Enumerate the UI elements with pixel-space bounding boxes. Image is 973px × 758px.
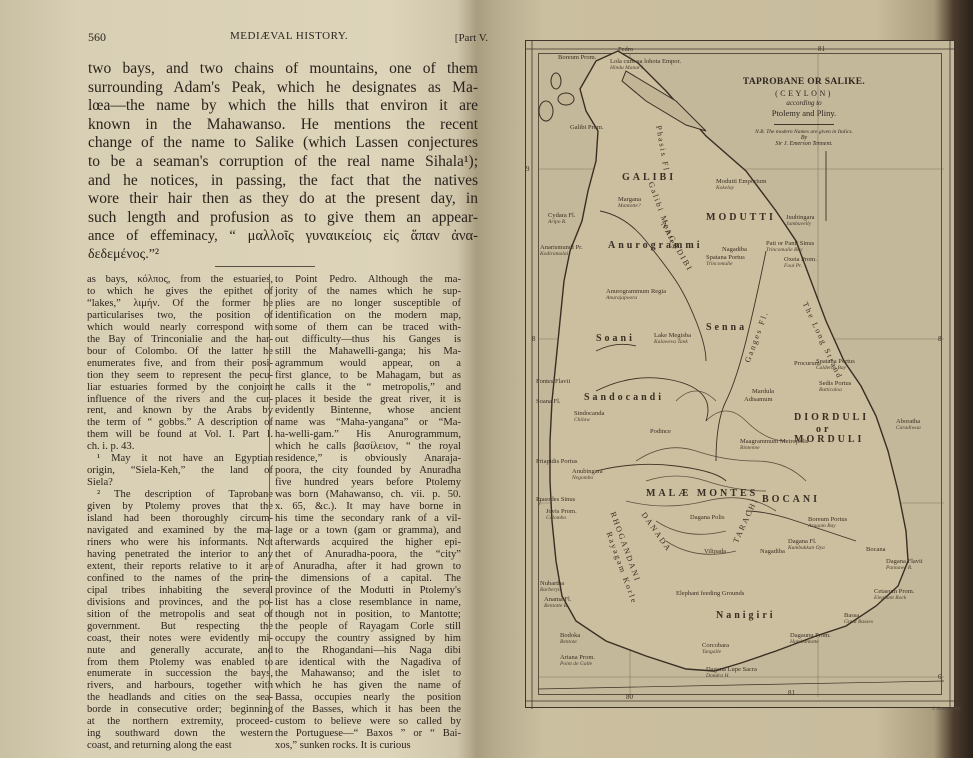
footnote-line: tion they seem to represent the pecu- xyxy=(87,370,273,382)
place-ancient-name: Oxeia Prom. xyxy=(784,256,817,263)
place-ancient-name: Sindocanda xyxy=(574,410,604,417)
footnote-line: liar estuaries formed by the conjoint xyxy=(87,382,273,394)
place-ancient-name: Anubingara xyxy=(572,468,603,475)
map-place-label: AborathaCaradiwaa xyxy=(896,419,921,431)
map-place-label: Nagadiba xyxy=(760,549,785,556)
body-line: known in the Mahawanso. He mentions the … xyxy=(88,116,478,135)
map-place-label: MarganaMantotte? xyxy=(618,197,641,209)
footnote-line: the dimensions of a capital. The xyxy=(275,573,461,585)
footnote-line: out difficulty—thus his Ganges is xyxy=(275,334,461,346)
map-place-label: Anurogrammum RegiaAnurajapoora xyxy=(606,289,666,301)
footnote-line: the term of “ gobbs.” A description of xyxy=(87,417,273,429)
footnote-line: the people of Rayagam Corle still xyxy=(275,621,461,633)
footnote-line: which would nearly correspond with xyxy=(87,322,273,334)
place-ancient-name: Aboratha xyxy=(896,418,920,425)
footnote-line: to which he gives the epithet of xyxy=(87,286,273,298)
map-author: Sir J. Emerson Tennent. xyxy=(734,141,874,147)
part-label: [Part V. xyxy=(455,32,488,44)
footnote-line: having penetrated the interior to any xyxy=(87,549,273,561)
map-place-label: Adisamum xyxy=(744,397,773,404)
footnote-line: origin, “Siela-Keh,” the land of xyxy=(87,465,273,477)
place-modern-name: Elephant Rock xyxy=(874,596,914,602)
map-region-label: Anurogrammi xyxy=(608,241,702,251)
place-modern-name: Caradiwaa xyxy=(896,426,921,432)
running-head: 560 MEDIÆVAL HISTORY. [Part V. xyxy=(88,30,488,50)
map-place-label: Mardula xyxy=(752,389,774,396)
place-ancient-name: Nubartha xyxy=(540,580,564,587)
footnote-line: province of the Modutti in Ptolemy's xyxy=(275,585,461,597)
map-place-label: Dagana Polis xyxy=(690,515,724,522)
map-place-label: Boreum PortusArugam Bay xyxy=(808,517,847,529)
footnote-line: x. 65, &c.). It may have borne in xyxy=(275,501,461,513)
main-body-text: two bays, and two chains of mountains, o… xyxy=(88,60,478,265)
footnote-line: to Point Pedro. Although the ma- xyxy=(275,274,461,286)
footnote-line: confined to the names of the prin- xyxy=(87,573,273,585)
footnote-line: some of them can be traced with- xyxy=(275,322,461,334)
map-sources: Ptolemy and Pliny. xyxy=(734,108,874,118)
place-modern-name: Colombo xyxy=(546,516,577,522)
map-place-label: Lola cum ua lohota Empor.Hindu Manar? xyxy=(610,59,681,71)
place-ancient-name: Vilipada xyxy=(704,548,726,555)
footnote-line: nute and generally accurate, and xyxy=(87,645,273,657)
place-ancient-name: Galibi Prom. xyxy=(570,124,604,131)
footnote-line: particularises two, the position of xyxy=(87,310,273,322)
place-modern-name: Hambantotte xyxy=(790,640,831,646)
body-line: δεδεμένος.”² xyxy=(88,246,478,265)
footnote-line: “lakes,” λιμήν. Of the former he xyxy=(87,298,273,310)
footnote-line: to the Rhogandani—his Naga dibi xyxy=(275,645,461,657)
map-subtitle: (CEYLON) xyxy=(734,89,874,98)
footnote-line: given by Ptolemy proves that the xyxy=(87,501,273,513)
footnote-line: sition of the metropolis and seat of xyxy=(87,609,273,621)
map-place-label: Cetaeum Prom.Elephant Rock xyxy=(874,589,914,601)
footnote-line: divisions and provinces, and the po- xyxy=(87,597,273,609)
map-region-label: Nanigiri xyxy=(716,611,776,621)
map-place-label: Boreum Prom. xyxy=(558,55,596,62)
place-ancient-name: Jovis Prom. xyxy=(546,508,577,515)
footnote-line: which he calls βασίλειον, “ the royal xyxy=(275,441,461,453)
place-ancient-name: Anurogrammum Regia xyxy=(606,288,666,295)
footnote-line: lage or a town (gam or gramma), and xyxy=(275,525,461,537)
footnote-line: first glance, to be Mahagam, but as xyxy=(275,370,461,382)
place-modern-name: Pannawe R. xyxy=(886,566,923,572)
place-ancient-name: Dagana Lupe Sacra xyxy=(706,666,757,673)
body-line: lœa—the name by which the hills that env… xyxy=(88,97,478,116)
place-ancient-name: Dagana Fl. xyxy=(788,538,817,545)
place-modern-name: Kokelay xyxy=(716,186,766,192)
map-place-label: Fontes Flavii xyxy=(536,379,570,386)
map-region-label: BOCANI xyxy=(762,495,820,505)
place-modern-name: Barberyn xyxy=(540,588,564,594)
cartouche-rule xyxy=(774,124,834,125)
place-ancient-name: Dagana Polis xyxy=(690,514,724,521)
footnote-line: at the northern extremity, proceed- xyxy=(87,716,273,728)
place-modern-name: Chilaw xyxy=(574,418,604,424)
map-place-label: Podince xyxy=(650,429,671,436)
place-ancient-name: Cydara Fl. xyxy=(548,212,575,219)
footnote-line: rent, and known by the Arabs by xyxy=(87,405,273,417)
footnote-line: extent, their reports relative to it are xyxy=(87,561,273,573)
place-ancient-name: Maagrammum Metropolis xyxy=(740,438,808,445)
place-ancient-name: Corcobara xyxy=(702,642,729,649)
footnote-rule xyxy=(215,266,315,267)
footnote-line: which he has given the name of xyxy=(275,680,461,692)
map-place-label: Dagana FlaviiPannawe R. xyxy=(886,559,923,571)
book-spread: 560 MEDIÆVAL HISTORY. [Part V. two bays,… xyxy=(0,0,973,758)
footnote-line: places it beside the great river, it is xyxy=(275,394,461,406)
map-place-label: BodokaBentote xyxy=(560,633,580,645)
footnote-line: ing southward down the western xyxy=(87,728,273,740)
map-place-label: Anama Fl.Bentotte R. xyxy=(544,597,571,609)
place-ancient-name: Anarismundi Pr. xyxy=(540,244,583,251)
footnote-line: residence,” is obviously Anaraja- xyxy=(275,453,461,465)
body-line: ance of effeminacy, “ μαλλοῖς γυναικείοι… xyxy=(88,227,478,246)
body-line: wore their hair then as they do at the p… xyxy=(88,190,478,209)
footnote-line: rivers, and harbours, together with xyxy=(87,680,273,692)
map-place-label: JuubingaraJambuvelly xyxy=(786,215,815,227)
footnote-line: thet of Anuradha-poora, the “city” xyxy=(275,549,461,561)
place-ancient-name: Prasodes Sinus xyxy=(536,496,575,503)
footnote-line: name was “Maha-yangana” or “Ma- xyxy=(275,417,461,429)
left-page: 560 MEDIÆVAL HISTORY. [Part V. two bays,… xyxy=(40,20,480,750)
footnote-line: coast, and returning along the east xyxy=(87,740,273,752)
footnote-line: Siela? xyxy=(87,477,273,489)
place-ancient-name: Spatana Portus xyxy=(706,254,745,261)
footnote-line: borde in consecutive order; beginning xyxy=(87,704,273,716)
place-ancient-name: Dagaunu Prom. xyxy=(790,632,831,639)
footnote-line: enumerate in succession the bays, xyxy=(87,668,273,680)
running-title: MEDIÆVAL HISTORY. xyxy=(230,30,348,42)
place-modern-name: Bintenne xyxy=(740,446,808,452)
map-place-label: CorcobaraTangalle xyxy=(702,643,729,655)
place-modern-name: Anurajapoora xyxy=(606,296,666,302)
footnote-line: government. But respecting the xyxy=(87,621,273,633)
place-ancient-name: Boreum Prom. xyxy=(558,54,596,61)
column-divider xyxy=(269,274,270,714)
map-region-label: Soani xyxy=(596,334,635,344)
latitude-label: 8 xyxy=(938,335,942,343)
latitude-label: 8 xyxy=(532,335,536,343)
place-modern-name: Arugam Bay xyxy=(808,524,847,530)
place-ancient-name: Nagadiba xyxy=(722,246,747,253)
footnote-line: ¹ May it not have an Egyptian xyxy=(87,453,273,465)
map-place-label: Vilipada xyxy=(704,549,726,556)
place-ancient-name: Podince xyxy=(650,428,671,435)
map-place-label: Ariana Prom.Point de Galle xyxy=(560,655,595,667)
map-region-label: DIORDULI xyxy=(794,413,869,423)
place-modern-name: Kodiramalai xyxy=(540,252,583,258)
footnote-line: ha-welli-gam.” His Anurogrammum, xyxy=(275,429,461,441)
footnote-line: ² The description of Taprobane xyxy=(87,489,273,501)
place-modern-name: Negombo xyxy=(572,476,603,482)
footnote-line: was born (Mahawanso, ch. vii. p. 50. xyxy=(275,489,461,501)
body-line: to be a seaman's corruption of the real … xyxy=(88,153,478,172)
map-place-label: Elephant feeding Grounds xyxy=(676,591,744,598)
place-ancient-name: Boreum Portus xyxy=(808,516,847,523)
place-modern-name: Kumbukkan Oya xyxy=(788,546,825,552)
footnote-line: them will be found at Vol. I. Part I. xyxy=(87,429,273,441)
body-line: such length and profusion as to give the… xyxy=(88,209,478,228)
footnote-column-left: as bays, κόλπος, from the estuaries,to w… xyxy=(87,274,273,752)
footnote-line: riners who were his informants. Not xyxy=(87,537,273,549)
footnote-line: the Mahawanso; and the islet to xyxy=(275,668,461,680)
place-ancient-name: Juubingara xyxy=(786,214,815,221)
footnote-line: navigated and examined by the ma- xyxy=(87,525,273,537)
map-place-label: Spatana PortusTrincomalie xyxy=(706,255,745,267)
place-ancient-name: Lola cum ua lohota Empor. xyxy=(610,58,681,65)
body-line: and he notices, in passing, the fact tha… xyxy=(88,172,478,191)
page-number: 560 xyxy=(88,30,106,45)
place-modern-name: Great Basses xyxy=(844,620,873,626)
map-place-label: Modutti EmporiumKokelay xyxy=(716,179,766,191)
footnote-line: afterwards acquired the higher epi- xyxy=(275,537,461,549)
map-place-label: Maagrammum MetropolisBintenne xyxy=(740,439,808,451)
footnote-line: influence of the rivers and the cur- xyxy=(87,394,273,406)
footnote-line: the headlands and cities on the sea- xyxy=(87,692,273,704)
place-ancient-name: Ariana Prom. xyxy=(560,654,595,661)
map-place-label: Dagana Lupe SacraDondra H. xyxy=(706,667,757,679)
footnote-line: his time the secondary rank of a vil- xyxy=(275,513,461,525)
footnote-line: ch. i. p. 43. xyxy=(87,441,273,453)
footnote-line: cipal tribes inhabiting the several xyxy=(87,585,273,597)
footnote-line: he calls it the “ metropolis,” and xyxy=(275,382,461,394)
place-ancient-name: Anama Fl. xyxy=(544,596,571,603)
place-ancient-name: Pati or Panti Sinus xyxy=(766,240,814,247)
map-place-label: Prasodes Sinus xyxy=(536,497,575,504)
latitude-label: 6 xyxy=(938,673,942,681)
map-place-label: Nagadiba xyxy=(722,247,747,254)
place-ancient-name: Elephant feeding Grounds xyxy=(676,590,744,597)
footnote-line: of Anuradha, after it had grown to xyxy=(275,561,461,573)
place-modern-name: Hindu Manar? xyxy=(610,66,681,72)
place-modern-name: Trincomalie xyxy=(706,262,745,268)
map-taprobane: TAPROBANE OR SALIKE. (CEYLON) according … xyxy=(525,40,955,708)
body-line: two bays, and two chains of mountains, o… xyxy=(88,60,478,79)
place-modern-name: Tangalle xyxy=(702,650,729,656)
place-ancient-name: Bocana xyxy=(866,546,886,553)
place-modern-name: Jambuvelly xyxy=(786,222,815,228)
map-place-label: Pati or Panti SinusTrincomalie Bay xyxy=(766,241,814,253)
latitude-label: 9 xyxy=(526,165,530,173)
map-place-label: Cydara Fl.Aripo R. xyxy=(548,213,575,225)
footnote-line: though not in position, to Mantotte; xyxy=(275,609,461,621)
place-modern-name: Foul Pt. xyxy=(784,264,817,270)
map-place-label: BassaGreat Basses xyxy=(844,613,873,625)
footnote-line: plies are no longer susceptible of xyxy=(275,298,461,310)
map-title-cartouche: TAPROBANE OR SALIKE. (CEYLON) according … xyxy=(734,77,874,147)
place-modern-name: Kalaweva Tank xyxy=(654,340,691,346)
footnote-line: enumerates five, and from their posi- xyxy=(87,358,273,370)
footnote-line: jority of the names which he sup- xyxy=(275,286,461,298)
footnote-line: still the Mahawelli-ganga; his Ma- xyxy=(275,346,461,358)
longitude-label: 80 xyxy=(626,693,633,701)
place-ancient-name: Soana Fl. xyxy=(536,398,561,405)
body-line: surrounding Adam's Peak, which he design… xyxy=(88,79,478,98)
place-ancient-name: Nagadiba xyxy=(760,548,785,555)
place-modern-name: Mantotte? xyxy=(618,204,641,210)
footnote-line: agrammum would appear, on a xyxy=(275,358,461,370)
map-place-label: Lake MegisbaKalaweva Tank xyxy=(654,333,691,345)
map-region-label: Sandocandi xyxy=(584,393,664,403)
footnote-line: the Bay of Trinconialie and the har- xyxy=(87,334,273,346)
footnote-line: of the Basses, which it has been the xyxy=(275,704,461,716)
footnote-line: Bassa, occupies nearly the position xyxy=(275,692,461,704)
map-place-label: Galibi Prom. xyxy=(570,125,604,132)
map-place-label: Dagaunu Prom.Hambantotte xyxy=(790,633,831,645)
place-ancient-name: Cetaeum Prom. xyxy=(874,588,914,595)
place-modern-name: Point de Galle xyxy=(560,662,595,668)
place-ancient-name: Lake Megisba xyxy=(654,332,691,339)
body-line: change of the name to Salike (which Lass… xyxy=(88,134,478,153)
place-ancient-name: Priapidis Portus xyxy=(536,458,577,465)
footnote-line: coast, their notes were evidently mi- xyxy=(87,633,273,645)
place-ancient-name: Margana xyxy=(618,196,641,203)
footnote-line: poora, the city founded by Anuradha xyxy=(275,465,461,477)
place-ancient-name: Bodoka xyxy=(560,632,580,639)
map-region-label: MALÆ MONTES xyxy=(646,489,758,499)
map-place-label: Bocana xyxy=(866,547,886,554)
place-modern-name: Trincomalie Bay xyxy=(766,248,814,254)
footnote-line: custom to believe were so called by xyxy=(275,716,461,728)
longitude-label: 81 xyxy=(818,45,825,53)
place-modern-name: Batticaloa xyxy=(819,388,851,394)
longitude-label: 81 xyxy=(788,689,795,697)
map-region-label: Senna xyxy=(706,323,747,333)
map-place-label: SindocandaChilaw xyxy=(574,411,604,423)
map-place-label: Dagana Fl.Kumbukkan Oya xyxy=(788,539,825,551)
footnote-line: are identical with the Nagadiva of xyxy=(275,657,461,669)
place-modern-name: Aripo R. xyxy=(548,220,575,226)
place-ancient-name: Modutti Emporium xyxy=(716,178,766,185)
map-place-label: Oxeia Prom.Foul Pt. xyxy=(784,257,817,269)
map-place-label: Pedro xyxy=(618,47,633,54)
footnote-line: evidently Bintenne, whose ancient xyxy=(275,405,461,417)
map-region-label: MODUTTI xyxy=(706,213,776,223)
map-place-label: Sedis PortusBatticaloa xyxy=(819,381,851,393)
map-place-label: NubarthaBarberyn xyxy=(540,581,564,593)
place-ancient-name: Fontes Flavii xyxy=(536,378,570,385)
map-place-label: Priapidis Portus xyxy=(536,459,577,466)
footnote-line: list has a close resemblance in name, xyxy=(275,597,461,609)
footnote-line: bour of Colombo. Of the latter he xyxy=(87,346,273,358)
footnote-line: island had been thoroughly circum- xyxy=(87,513,273,525)
place-modern-name: Dondra H. xyxy=(706,674,757,680)
place-ancient-name: Pedro xyxy=(618,46,633,53)
footnote-line: from them Ptolemy was enabled to xyxy=(87,657,273,669)
footnote-line: xos,” sunken rocks. It is curious xyxy=(275,740,461,752)
map-place-label: AnubingaraNegombo xyxy=(572,469,603,481)
map-title: TAPROBANE OR SALIKE. xyxy=(734,77,874,87)
map-place-label: Jovis Prom.Colombo xyxy=(546,509,577,521)
place-ancient-name: Dagana Flavii xyxy=(886,558,923,565)
footnote-line: occupy the country assigned by him xyxy=(275,633,461,645)
map-place-label: Anarismundi Pr.Kodiramalai xyxy=(540,245,583,257)
engraver-credit: J. Arrowsmith. xyxy=(932,707,961,712)
footnote-line: as bays, κόλπος, from the estuaries, xyxy=(87,274,273,286)
footnote-column-right: to Point Pedro. Although the ma-jority o… xyxy=(275,274,461,752)
footnote-line: five hundred years before Ptolemy xyxy=(275,477,461,489)
place-modern-name: Bentote xyxy=(560,640,580,646)
place-ancient-name: Sedis Portus xyxy=(819,380,851,387)
place-ancient-name: Adisamum xyxy=(744,396,773,403)
footnote-line: identification on the modern map, xyxy=(275,310,461,322)
map-place-label: Soana Fl. xyxy=(536,399,561,406)
place-ancient-name: Mardula xyxy=(752,388,774,395)
place-ancient-name: Bassa xyxy=(844,612,859,619)
map-according-to: according to xyxy=(734,99,874,107)
place-modern-name: Bentotte R. xyxy=(544,604,571,610)
footnote-line: the Portuguese—“ Baxos ” or “ Bai- xyxy=(275,728,461,740)
